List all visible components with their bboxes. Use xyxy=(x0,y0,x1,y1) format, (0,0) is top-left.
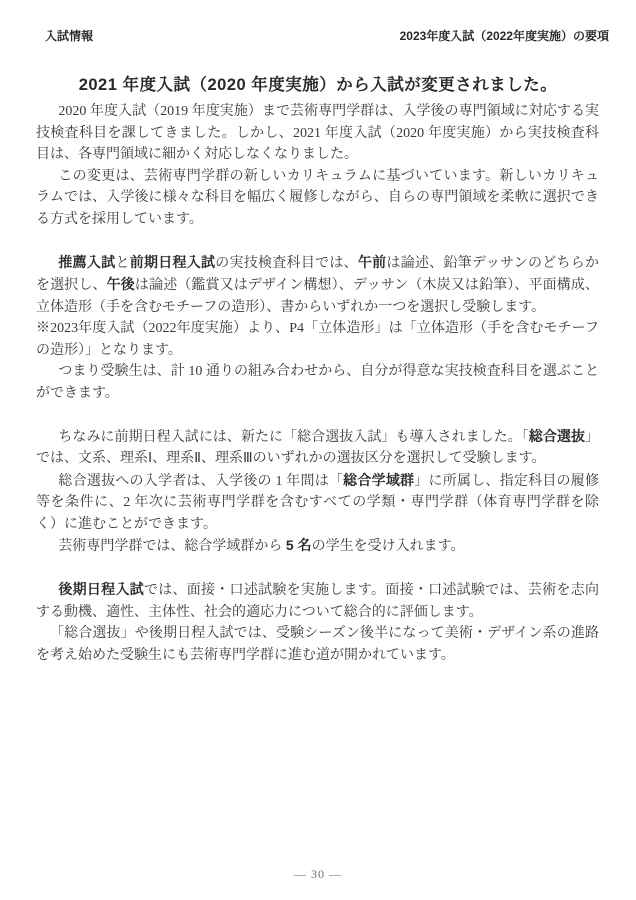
page-number: — 30 — xyxy=(0,867,636,882)
emphasized-term: 総合選抜 xyxy=(529,428,585,444)
text-run: と xyxy=(115,256,129,271)
text-run: つまり受験生は、計 10 通りの組み合わせから、自分が得意な実技検査科目を選ぶこ… xyxy=(36,364,599,401)
text-run: 2020 年度入試（2019 年度実施）まで芸術専門学群は、入学後の専門領域に対… xyxy=(36,104,599,162)
paragraph: 芸術専門学群では、総合学域群から 5 名の学生を受け入れます。 xyxy=(36,535,599,558)
text-run: 「総合選抜」や後期日程入試では、受験シーズン後半になって美術・デザイン系の進路を… xyxy=(36,626,599,663)
header-section-label: 入試情報 xyxy=(45,27,93,44)
text-run: の実技検査科目では、 xyxy=(215,256,358,271)
emphasized-term: 後期日程入試 xyxy=(58,581,144,597)
paragraph: 総合選抜への入学者は、入学後の 1 年間は「総合学域群」に所属し、指定科目の履修… xyxy=(36,470,599,536)
paragraph: ちなみに前期日程入試には、新たに「総合選抜入試」も導入されました。「総合選抜」で… xyxy=(36,426,599,470)
text-run: 芸術専門学群では、総合学域群から xyxy=(58,539,286,554)
emphasized-term: 総合学域群 xyxy=(343,472,414,488)
document-page: 入試情報 2023年度入試（2022年度実施）の要項 2021 年度入試（202… xyxy=(0,0,636,900)
text-run: 総合選抜への入学者は、入学後の 1 年間は「 xyxy=(58,474,343,489)
emphasized-term: 5 名 xyxy=(286,537,312,553)
paragraph-spacer xyxy=(36,558,599,580)
emphasized-term: 推薦入試 xyxy=(58,254,115,270)
paragraph: この変更は、芸術専門学群の新しいカリキュラムに基づいています。新しいカリキュラム… xyxy=(36,166,599,231)
body-text: 2020 年度入試（2019 年度実施）まで芸術専門学群は、入学後の専門領域に対… xyxy=(36,101,599,666)
emphasized-term: 前期日程入試 xyxy=(130,254,216,270)
paragraph: 2020 年度入試（2019 年度実施）まで芸術専門学群は、入学後の専門領域に対… xyxy=(36,101,599,166)
paragraph-spacer xyxy=(36,404,599,426)
page-header: 入試情報 2023年度入試（2022年度実施）の要項 xyxy=(45,27,609,44)
paragraph: ※2023年度入試（2022年度実施）より、P4「立体造形」は「立体造形（手を含… xyxy=(36,318,599,361)
emphasized-term: 午後 xyxy=(107,276,135,292)
header-document-title: 2023年度入試（2022年度実施）の要項 xyxy=(400,27,609,44)
page-title: 2021 年度入試（2020 年度実施）から入試が変更されました。 xyxy=(0,71,636,95)
emphasized-term: 午前 xyxy=(358,254,387,270)
text-run: ちなみに前期日程入試には、新たに「総合選抜入試」も導入されました。「 xyxy=(58,430,528,445)
text-run: の学生を受け入れます。 xyxy=(312,539,465,554)
text-run: ※2023年度入試（2022年度実施）より、P4「立体造形」は「立体造形（手を含… xyxy=(36,321,599,358)
paragraph: 後期日程入試では、面接・口述試験を実施します。面接・口述試験では、芸術を志向する… xyxy=(36,579,599,623)
paragraph: つまり受験生は、計 10 通りの組み合わせから、自分が得意な実技検査科目を選ぶこ… xyxy=(36,361,599,404)
paragraph-spacer xyxy=(36,230,599,252)
text-run: この変更は、芸術専門学群の新しいカリキュラムに基づいています。新しいカリキュラム… xyxy=(36,169,599,227)
paragraph: 「総合選抜」や後期日程入試では、受験シーズン後半になって美術・デザイン系の進路を… xyxy=(36,623,599,666)
paragraph: 推薦入試と前期日程入試の実技検査科目では、午前は論述、鉛筆デッサンのどちらかを選… xyxy=(36,252,599,319)
